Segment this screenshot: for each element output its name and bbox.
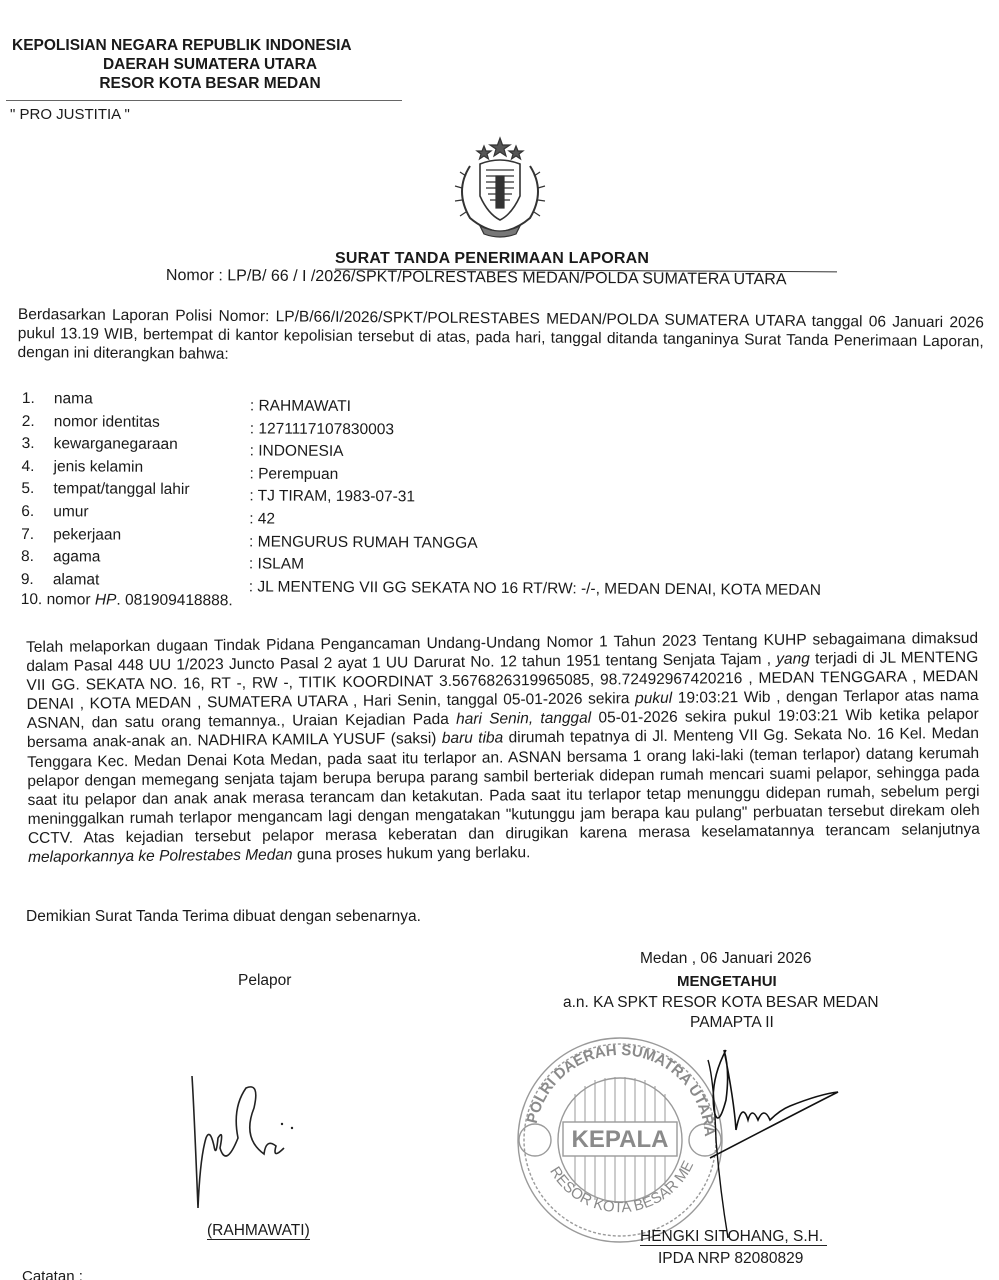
field-label: alamat — [53, 571, 100, 589]
incident-narrative: Telah melaporkan dugaan Tindak Pidana Pe… — [26, 629, 980, 867]
pro-justitia-label: " PRO JUSTITIA " — [10, 106, 130, 123]
issuing-authority: KEPOLISIAN NEGARA REPUBLIK INDONESIA DAE… — [10, 36, 410, 93]
field-label: jenis kelamin — [53, 458, 143, 477]
org-line-city: RESOR KOTA BESAR MEDAN — [10, 74, 410, 93]
field-value: . 081909418888. — [116, 592, 232, 610]
field-label: umur — [53, 503, 88, 521]
org-line-national: KEPOLISIAN NEGARA REPUBLIK INDONESIA — [10, 36, 410, 55]
official-name: HENGKI SITOHANG, S.H. — [640, 1228, 827, 1246]
field-label: pekerjaan — [53, 526, 121, 544]
on-behalf-line: a.n. KA SPKT RESOR KOTA BESAR MEDAN — [563, 994, 879, 1012]
reporter-label: Pelapor — [238, 972, 291, 990]
acknowledged-label: MENGETAHUI — [677, 973, 777, 990]
field-num: 4. — [21, 458, 49, 476]
field-label: tempat/tanggal lahir — [53, 481, 189, 500]
org-line-regional: DAERAH SUMATERA UTARA — [10, 55, 410, 74]
notes-label: Catatan : — [22, 1268, 83, 1280]
official-signature — [690, 1040, 840, 1240]
intro-paragraph: Berdasarkan Laporan Polisi Nomor: LP/B/6… — [18, 305, 984, 370]
field-num: 3. — [22, 435, 50, 453]
field-num: 8. — [21, 548, 49, 566]
field-num: 9. — [21, 571, 49, 589]
field-num: 5. — [21, 480, 49, 498]
closing-statement: Demikian Surat Tanda Terima dibuat denga… — [26, 908, 421, 926]
field-num: 7. — [21, 526, 49, 544]
field-value: : ISLAM — [249, 556, 304, 574]
stamp-center-text: KEPALA — [572, 1126, 669, 1153]
official-nrp: IPDA NRP 82080829 — [658, 1250, 803, 1268]
field-num: 6. — [21, 503, 49, 521]
place-date: Medan , 06 Januari 2026 — [640, 950, 811, 968]
field-label: nomor — [47, 591, 91, 608]
field-label: agama — [53, 548, 101, 566]
header-divider — [6, 100, 402, 101]
field-label: kewarganegaraan — [54, 435, 178, 454]
reporter-signature — [180, 1068, 320, 1218]
document-title: SURAT TANDA PENERIMAAN LAPORAN — [335, 250, 649, 268]
police-emblem-icon — [440, 136, 560, 241]
field-num: 10. — [21, 591, 43, 608]
field-label-italic: HP — [95, 592, 117, 609]
field-num: 1. — [22, 390, 50, 408]
document-number: Nomor : LP/B/ 66 / I /2026/SPKT/POLRESTA… — [166, 267, 787, 289]
field-value: : 42 — [249, 510, 275, 528]
field-label: nama — [54, 390, 93, 408]
reporter-name: (RAHMAWATI) — [207, 1222, 310, 1240]
field-num: 2. — [22, 413, 50, 431]
reporter-identity-list: 1.nama: RAHMAWATI2.nomor identitas: 1271… — [21, 390, 982, 617]
field-label: nomor identitas — [54, 413, 160, 432]
